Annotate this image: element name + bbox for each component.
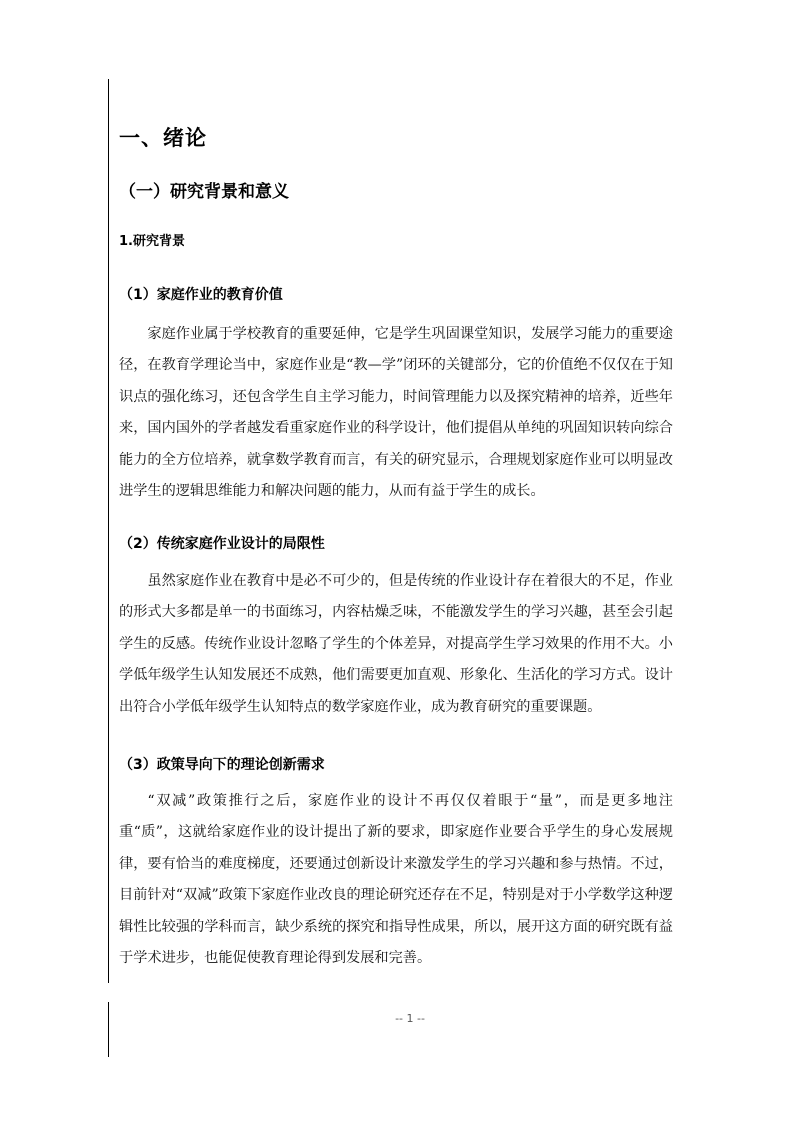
body-paragraph: 家庭作业属于学校教育的重要延伸，它是学生巩固课堂知识，发展学习能力的重要途径，在… xyxy=(119,319,673,507)
part-heading: （3）政策导向下的理论创新需求 xyxy=(119,754,325,774)
subsection-title: 1.研究背景 xyxy=(119,230,185,249)
body-paragraph: “双减”政策推行之后，家庭作业的设计不再仅仅着眼于“量”，而是更多地注重“质”，… xyxy=(119,786,673,974)
page-number: -- 1 -- xyxy=(380,1012,440,1025)
left-margin-rule xyxy=(108,79,109,983)
chapter-title: 一、绪论 xyxy=(119,122,207,152)
section-title: （一）研究背景和意义 xyxy=(119,177,289,202)
body-paragraph: 虽然家庭作业在教育中是必不可少的，但是传统的作业设计存在着很大的不足，作业的形式… xyxy=(119,566,673,723)
part-heading: （1）家庭作业的教育价值 xyxy=(119,284,283,304)
left-margin-rule-footer xyxy=(108,1002,109,1057)
part-heading: （2）传统家庭作业设计的局限性 xyxy=(119,533,325,553)
